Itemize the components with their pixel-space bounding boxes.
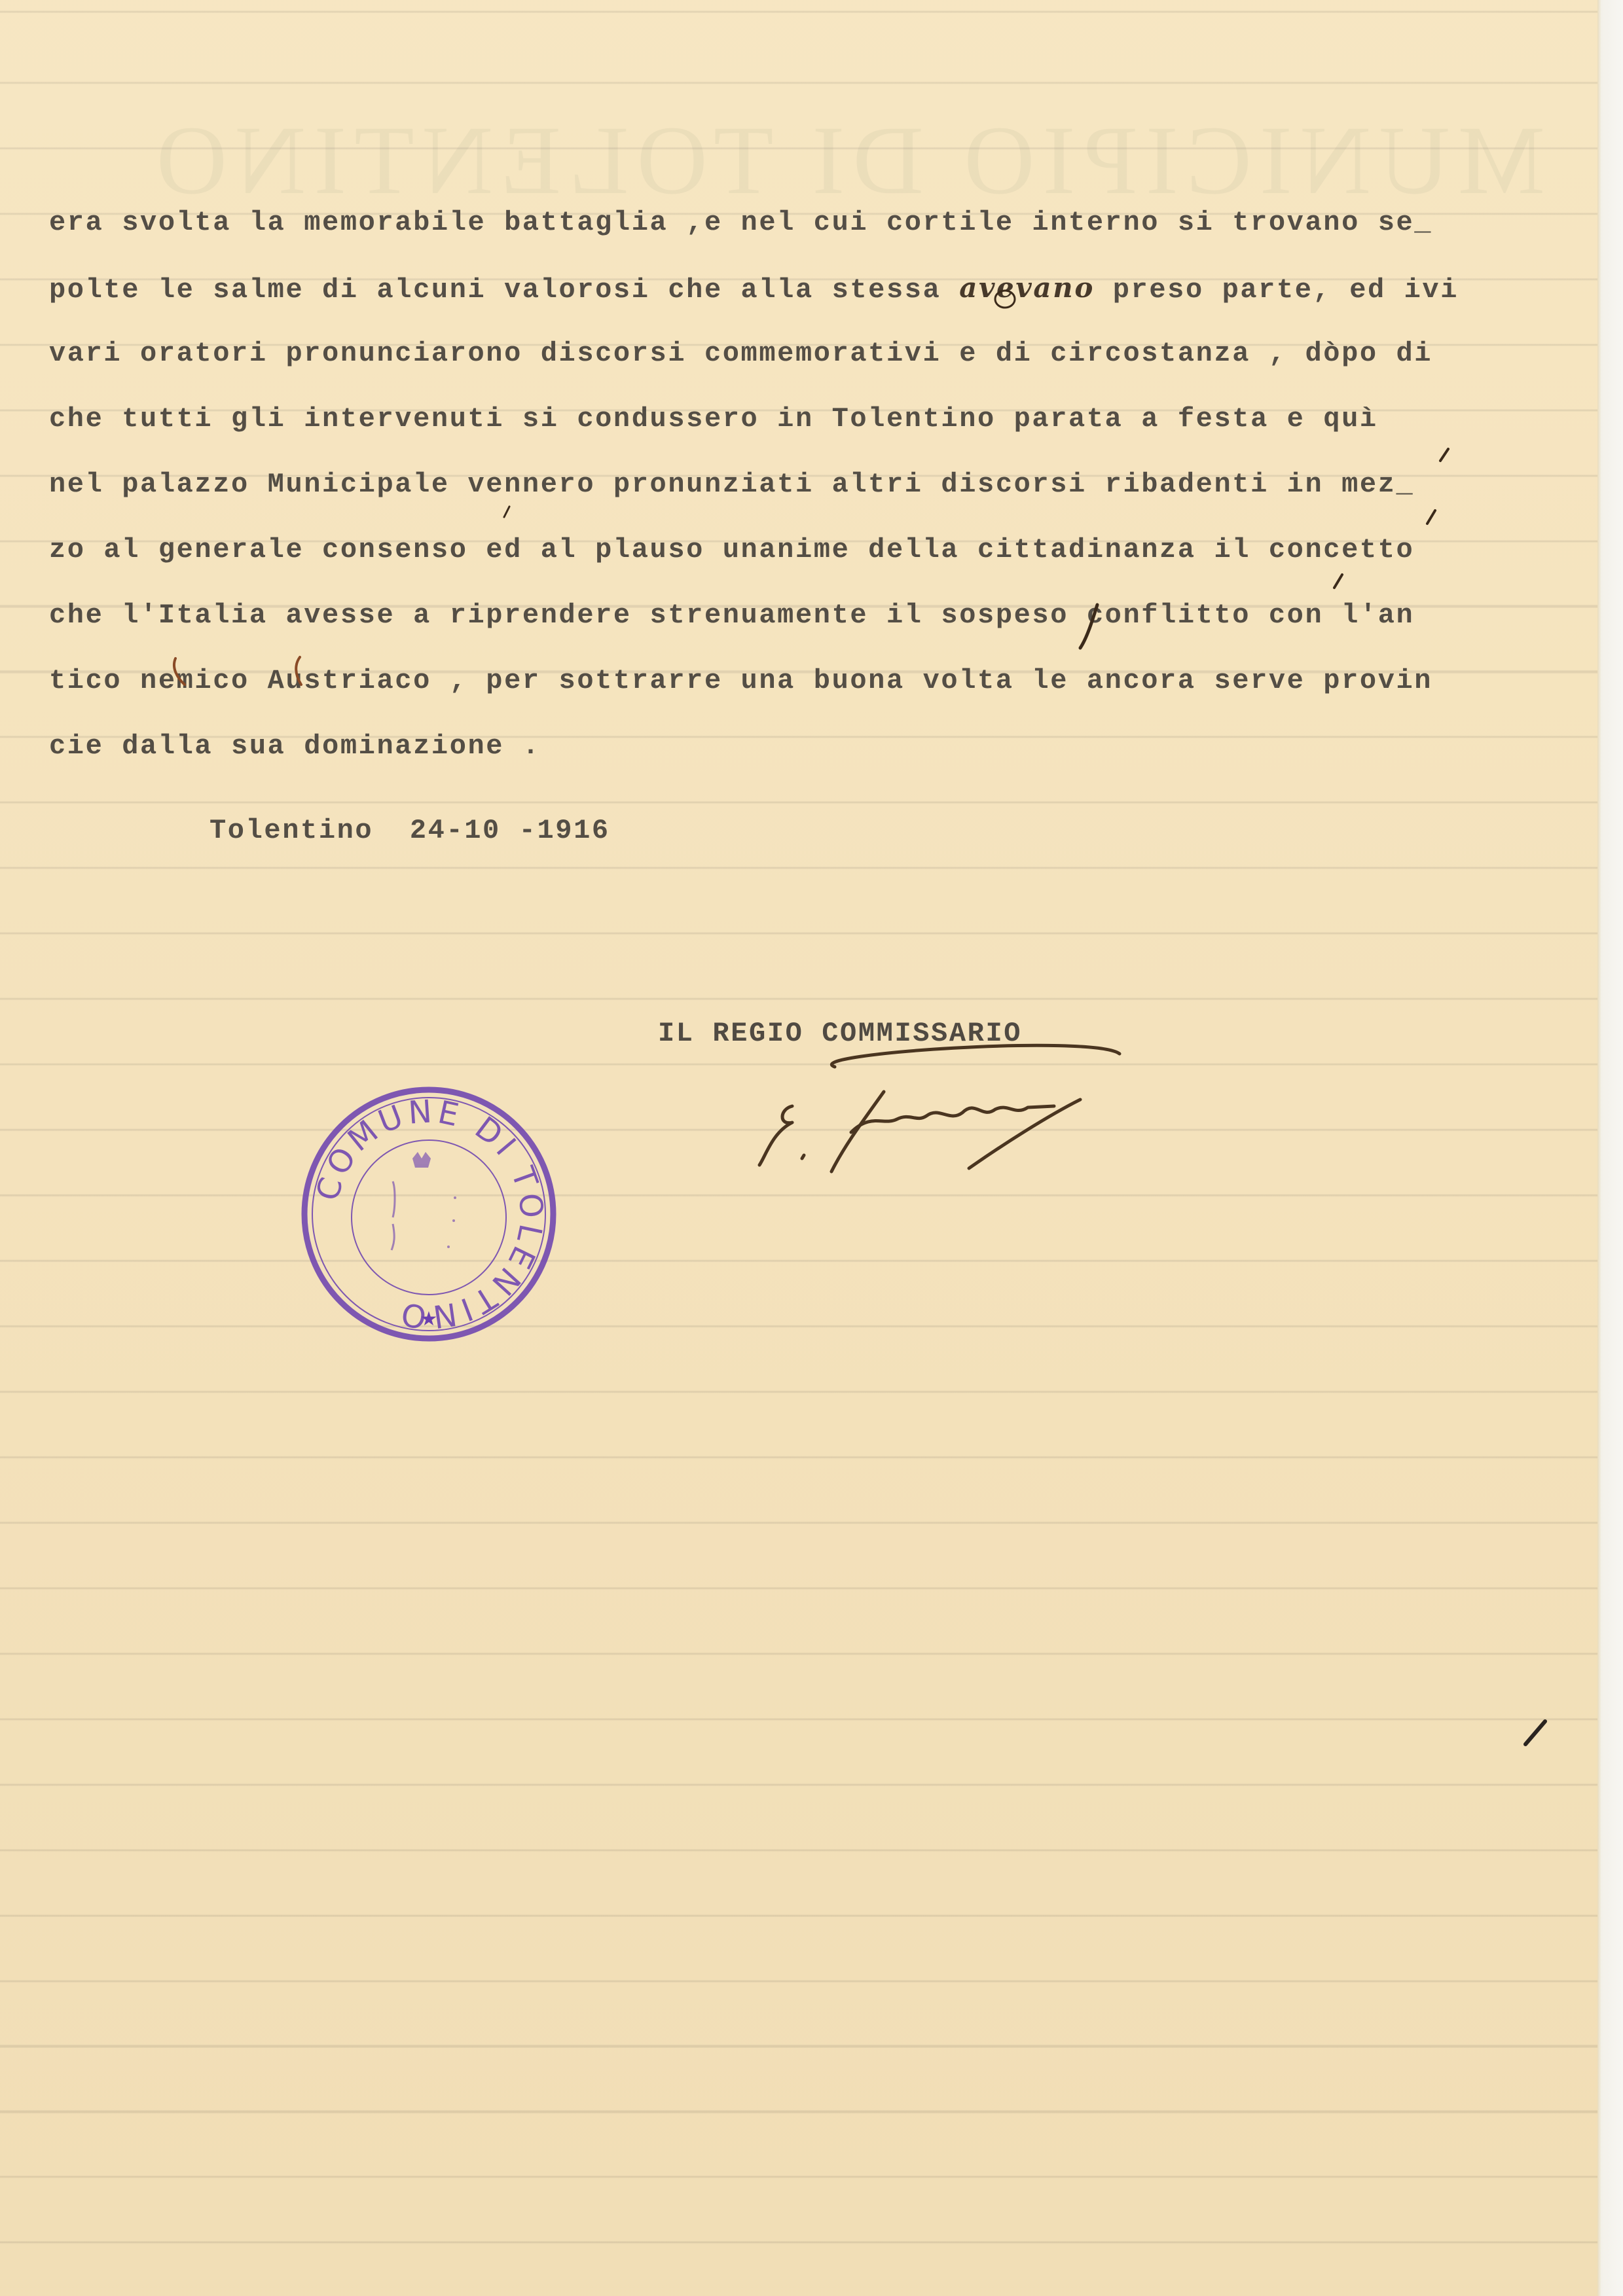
margin-mark	[1519, 1715, 1558, 1754]
crest-icon	[392, 1152, 456, 1250]
stamp-text: COMUNE DI TOLENTINO	[309, 1093, 550, 1335]
comune-stamp: COMUNE DI TOLENTINO ★	[298, 1083, 560, 1345]
svg-text:COMUNE DI TOLENTINO: COMUNE DI TOLENTINO	[309, 1093, 550, 1335]
place-and-date: Tolentino 24-10 -1916	[210, 815, 610, 846]
signature-text: E. Ferrarini	[753, 1034, 756, 1035]
handwritten-signature: E. Ferrarini	[753, 1034, 1159, 1204]
star-icon: ★	[420, 1308, 438, 1330]
correction-marks	[0, 0, 1623, 785]
